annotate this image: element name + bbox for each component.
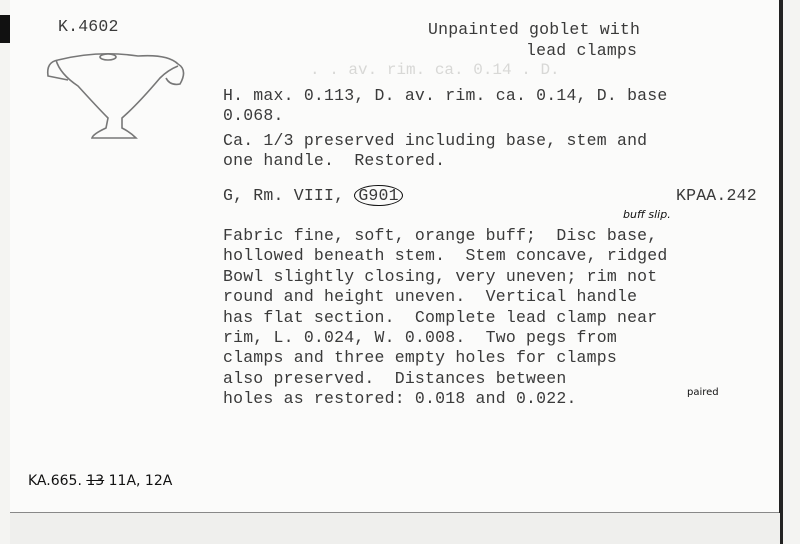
dimensions-line-1: H. max. 0.113, D. av. rim. ca. 0.14, D. … [223, 86, 667, 105]
description-line: Bowl slightly closing, very uneven; rim … [223, 267, 657, 286]
description-line: has flat section. Complete lead clamp ne… [223, 308, 657, 327]
catalog-number: K.4602 [58, 17, 119, 36]
location-circled: G901 [354, 185, 402, 206]
annotation-buff-slip: buff slip. [623, 208, 671, 221]
title-line-1: Unpainted goblet with [428, 20, 640, 39]
preservation-line-2: one handle. Restored. [223, 151, 445, 170]
description-line: Fabric fine, soft, orange buff; Disc bas… [223, 226, 657, 245]
goblet-sketch-icon [38, 48, 188, 143]
description-line: hollowed beneath stem. Stem concave, rid… [223, 246, 667, 265]
dimensions-line-2: 0.068. [223, 106, 284, 125]
annotation-paired: paired [687, 387, 719, 398]
handwritten-ref-prefix: KA.665. [28, 473, 82, 489]
handwritten-reference: KA.665. 13 11A, 12A [28, 473, 172, 489]
handwritten-ref-struck: 13 [86, 473, 104, 489]
description-line: rim, L. 0.024, W. 0.008. Two pegs from [223, 328, 617, 347]
preservation-line-1: Ca. 1/3 preserved including base, stem a… [223, 131, 647, 150]
bleed-through-text: . . av. rim. ca. 0.14 . D. [310, 61, 560, 79]
card-edge-mark [0, 15, 10, 43]
description-line: round and height uneven. Vertical handle [223, 287, 637, 306]
inventory-code: KPAA.242 [676, 186, 757, 205]
description-line: holes as restored: 0.018 and 0.022. [223, 389, 577, 408]
title-line-2: lead clamps [526, 41, 637, 60]
location-line: G, Rm. VIII, G901 [223, 186, 403, 205]
description-line: also preserved. Distances between [223, 369, 566, 388]
location-prefix: G, Rm. VIII, [223, 186, 354, 205]
scan-edge [779, 0, 783, 544]
handwritten-ref-suffix: 11A, 12A [109, 473, 173, 489]
catalog-card: K.4602 Unpainted goblet with lead clamps… [10, 0, 780, 513]
description-line: clamps and three empty holes for clamps [223, 348, 617, 367]
scan-background [10, 513, 780, 544]
